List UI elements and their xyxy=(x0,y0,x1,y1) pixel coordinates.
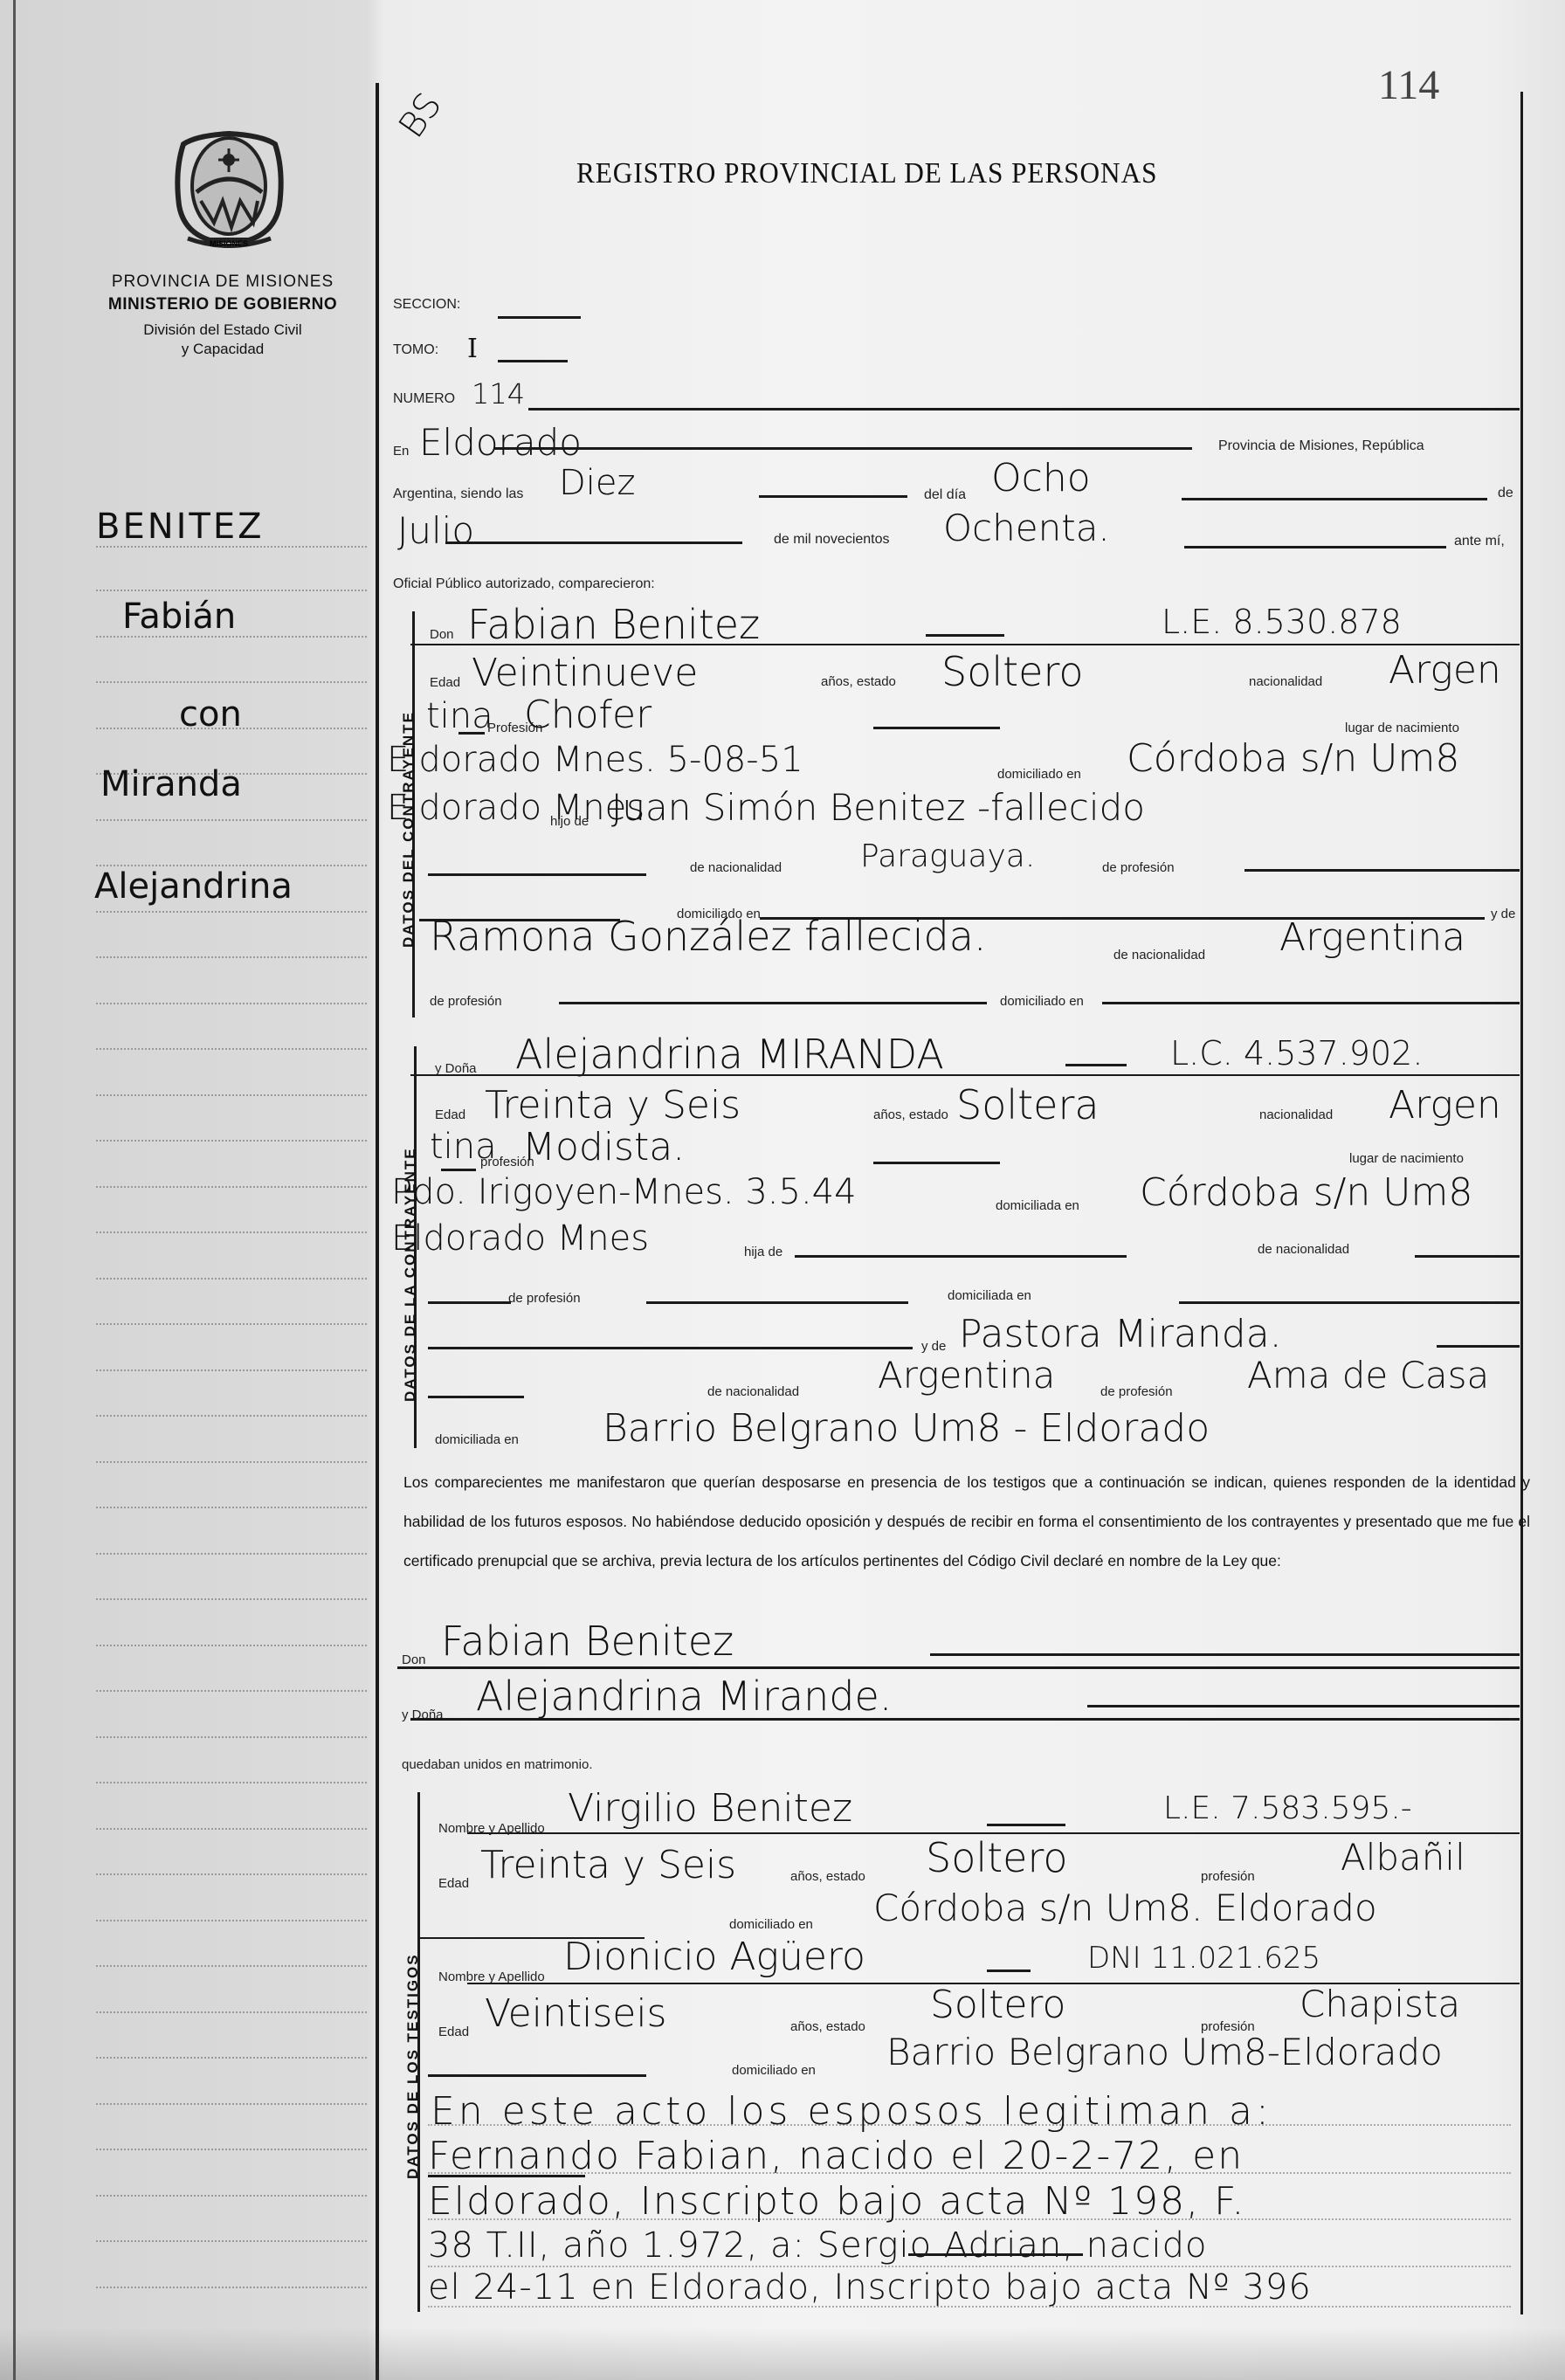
declaration-paragraph: Los comparecientes me manifestaron que q… xyxy=(403,1463,1530,1581)
month-value: Julio xyxy=(397,509,474,552)
mother-nat-label: de nacionalidad xyxy=(1113,948,1205,962)
day-field[interactable] xyxy=(1182,498,1487,500)
province-name: PROVINCIA DE MISIONES xyxy=(83,272,362,292)
bride-hija-de-label: hija de xyxy=(744,1245,782,1259)
ante-mi-label: ante mí, xyxy=(1454,534,1505,549)
hour-value: Diez xyxy=(559,463,636,503)
witness2-edad-label: Edad xyxy=(438,2025,469,2039)
month-field[interactable] xyxy=(445,542,742,544)
bride-age: Treinta y Seis xyxy=(485,1083,741,1128)
bride-domiciliada-label: domiciliada en xyxy=(996,1198,1079,1213)
witness2-profession: Chapista xyxy=(1300,1983,1460,2025)
witness1-address: Córdoba s/n Um8. Eldorado xyxy=(873,1887,1377,1929)
tomo-value: I xyxy=(467,334,478,364)
y-de-label: y de xyxy=(1491,907,1515,921)
bride-civil-status: Soltera xyxy=(956,1081,1100,1128)
witness2-address-prefix[interactable] xyxy=(428,2074,646,2077)
domiciliado-label: domiciliado en xyxy=(997,767,1081,782)
bride-address-1: Córdoba s/n Um8 xyxy=(1140,1170,1472,1215)
bride-anos-estado-label: años, estado xyxy=(873,1107,948,1122)
legitimation-line-3: Eldorado, Inscripto bajo acta Nº 198, F. xyxy=(428,2179,1245,2224)
bride-mother-dom-label: domiciliada en xyxy=(435,1432,519,1447)
del-dia-label: del día xyxy=(924,487,966,503)
witness1-name: Virgilio Benitez xyxy=(568,1786,852,1831)
groom-mother-nationality: Argentina xyxy=(1279,915,1465,960)
folio-number: 114 xyxy=(1378,61,1439,109)
father-name-field[interactable] xyxy=(428,873,646,876)
decl-groom-rule xyxy=(397,1666,1520,1669)
mother-dom-label: domiciliado en xyxy=(1000,994,1084,1009)
form-left-border xyxy=(376,83,379,2380)
margin-con: con xyxy=(179,694,242,735)
document-page: 114 BS MISIONES PROVINCIA DE MISIONES MI… xyxy=(0,0,1565,2380)
don-label: Don xyxy=(430,627,454,642)
witness1-anos-estado-label: años, estado xyxy=(790,1869,865,1884)
decl-bride-name: Alejandrina Mirande. xyxy=(476,1673,892,1720)
oficial-label: Oficial Público autorizado, compareciero… xyxy=(393,576,655,592)
bride-address-2: Eldorado Mnes xyxy=(391,1218,649,1259)
bride-mother: Pastora Miranda. xyxy=(959,1312,1282,1356)
province-text: Provincia de Misiones, República xyxy=(1218,438,1424,454)
decl-closing: quedaban unidos en matrimonio. xyxy=(402,1757,592,1772)
bride-mother-prof-label: de profesión xyxy=(1100,1384,1173,1399)
bride-nationality-1: Argen xyxy=(1389,1083,1501,1128)
bride-mother-trailing-field[interactable] xyxy=(1437,1345,1520,1348)
decl-groom-field[interactable] xyxy=(930,1653,1520,1656)
edad-label: Edad xyxy=(430,675,460,690)
bride-name: Alejandrina MIRANDA xyxy=(515,1031,944,1078)
witness2-domiciliado-label: domiciliado en xyxy=(732,2063,816,2078)
bride-father-prof-label: de profesión xyxy=(508,1291,581,1306)
witness2-age: Veintiseis xyxy=(485,1991,666,2036)
legitimation-line-2: Fernando Fabian, nacido el 20-2-72, en xyxy=(428,2134,1244,2178)
witness2-name: Dionicio Agüero xyxy=(563,1935,865,1979)
tomo-blank-rule[interactable] xyxy=(498,360,568,362)
bride-father-nationality-field[interactable] xyxy=(1415,1255,1520,1258)
bride-lugar-nacimiento-label: lugar de nacimiento xyxy=(1349,1151,1464,1166)
profession-field[interactable] xyxy=(873,727,1000,729)
decl-bride-field[interactable] xyxy=(1087,1705,1520,1707)
bride-father-extra-field[interactable] xyxy=(428,1301,511,1304)
bride-nacionalidad-label: nacionalidad xyxy=(1259,1107,1333,1122)
left-edge-rule xyxy=(13,0,16,2380)
anos-estado-label: años, estado xyxy=(821,674,896,689)
place-value: Eldorado xyxy=(419,421,582,464)
numero-value: 114 xyxy=(472,377,525,410)
bride-mother-nat-prefix[interactable] xyxy=(428,1396,524,1398)
witness2-address: Barrio Belgrano Um8-Eldorado xyxy=(886,2031,1443,2073)
issuing-authority: PROVINCIA DE MISIONES MINISTERIO DE GOBI… xyxy=(83,272,362,358)
bride-name-rule xyxy=(410,1074,1520,1076)
year-field[interactable] xyxy=(1184,546,1446,548)
page-title: REGISTRO PROVINCIAL DE LAS PERSONAS xyxy=(576,157,1157,190)
testigos-section-label: DATOS DE LOS TESTIGOS xyxy=(404,1953,422,2179)
bride-mother-prefix-field[interactable] xyxy=(428,1347,913,1349)
bride-mother-address: Barrio Belgrano Um8 - Eldorado xyxy=(603,1406,1210,1451)
witness1-age: Treinta y Seis xyxy=(480,1843,736,1887)
witness1-civil-status: Soltero xyxy=(926,1834,1068,1881)
seccion-label: SECCION: xyxy=(393,297,460,313)
tomo-label: TOMO: xyxy=(393,342,438,358)
groom-civil-status: Soltero xyxy=(941,648,1084,695)
bride-mother-nat-label: de nacionalidad xyxy=(707,1384,799,1399)
witness1-edad-label: Edad xyxy=(438,1876,469,1891)
legitimated-child-1-underline xyxy=(428,2175,585,2177)
bride-father-address-field[interactable] xyxy=(1179,1301,1520,1304)
decl-bride-rule xyxy=(410,1718,1520,1721)
father-profession-field[interactable] xyxy=(1244,869,1520,872)
seccion-field[interactable] xyxy=(498,316,581,319)
groom-name: Fabian Benitez xyxy=(467,601,760,648)
mil-novecientos-label: de mil novecientos xyxy=(774,532,890,548)
margin-firstname-groom: Fabián xyxy=(122,597,236,637)
mother-prof-label: de profesión xyxy=(430,994,502,1009)
witness2-document: DNI 11.021.625 xyxy=(1087,1941,1320,1976)
margin-firstname-bride: Alejandrina xyxy=(94,866,293,907)
groom-profession: Chofer xyxy=(524,693,652,737)
day-value: Ocho xyxy=(991,456,1091,500)
argentina-siendo-label: Argentina, siendo las xyxy=(393,486,523,502)
scan-shadow xyxy=(0,2328,1565,2380)
nat-gap-rule xyxy=(458,732,485,735)
bride-nat-gap-rule xyxy=(441,1169,476,1171)
witness2-name-field[interactable] xyxy=(987,1970,1031,1972)
lugar-nacimiento-label: lugar de nacimiento xyxy=(1345,721,1459,735)
groom-address-1: Córdoba s/n Um8 xyxy=(1127,736,1459,781)
bride-name-field[interactable] xyxy=(1065,1064,1127,1066)
witness1-profession: Albañil xyxy=(1341,1836,1465,1879)
groom-nationality-1: Argen xyxy=(1389,648,1501,693)
provincial-crest-icon: MISIONES xyxy=(166,118,293,249)
bride-father-field[interactable] xyxy=(795,1255,1127,1258)
father-prof-label: de profesión xyxy=(1102,860,1175,875)
groom-mother: Ramona González fallecida. xyxy=(430,913,987,960)
bride-mother-nationality: Argentina xyxy=(878,1354,1055,1397)
bride-father-profession-field[interactable] xyxy=(646,1301,908,1304)
legitimation-line-4: 38 T.II, año 1.972, a: Sergio Adrian, na… xyxy=(428,2225,1208,2266)
groom-name-field[interactable] xyxy=(926,634,1004,637)
bride-father-dom-label: domiciliada en xyxy=(948,1288,1031,1303)
witness1-profesion-label: profesión xyxy=(1201,1869,1255,1884)
groom-father-nationality: Paraguaya. xyxy=(860,838,1035,874)
bride-document: L.C. 4.537.902. xyxy=(1170,1034,1423,1073)
margin-annotation: BS xyxy=(391,86,450,145)
hour-field[interactable] xyxy=(759,495,907,498)
witness1-name-field[interactable] xyxy=(987,1824,1065,1826)
father-nat-label: de nacionalidad xyxy=(690,860,782,875)
groom-address-2: Eldorado Mnes xyxy=(387,788,645,828)
groom-age: Veintinueve xyxy=(472,651,698,695)
bride-profession: Modista. xyxy=(522,1125,685,1169)
bride-y-de-label: y de xyxy=(921,1339,946,1354)
bride-profession-field[interactable] xyxy=(873,1162,1000,1164)
svg-text:MISIONES: MISIONES xyxy=(210,239,248,248)
groom-mother-profession-field[interactable] xyxy=(559,1002,987,1004)
hijo-de-label: hijo de xyxy=(550,814,589,829)
form-right-border xyxy=(1520,92,1523,2314)
groom-birthplace: Eldorado Mnes. 5-08-51 xyxy=(387,740,803,780)
en-label: En xyxy=(393,444,409,459)
witness1-document: L.E. 7.583.595.- xyxy=(1163,1790,1412,1826)
division-line-2: y Capacidad xyxy=(83,341,362,358)
bride-father-nat-label: de nacionalidad xyxy=(1258,1242,1349,1257)
witness2-civil-status: Soltero xyxy=(930,1983,1065,2027)
decl-groom-name: Fabian Benitez xyxy=(441,1618,734,1665)
place-field[interactable] xyxy=(493,447,1192,450)
legitimation-line-1: En este acto los esposos legitiman a: xyxy=(431,2089,1272,2134)
bride-birthplace: Pdo. Irigoyen-Mnes. 3.5.44 xyxy=(391,1172,857,1212)
nacionalidad-label: nacionalidad xyxy=(1249,674,1322,689)
groom-mother-address-field[interactable] xyxy=(1102,1002,1520,1004)
groom-father: Juan Simón Benitez -fallecido xyxy=(611,786,1145,829)
decl-don-label: Don xyxy=(402,1652,426,1667)
division-line-1: División del Estado Civil xyxy=(83,321,362,339)
groom-document: L.E. 8.530.878 xyxy=(1162,603,1402,641)
groom-name-rule xyxy=(410,644,1520,645)
bride-edad-label: Edad xyxy=(435,1107,465,1122)
bride-mother-profession: Ama de Casa xyxy=(1247,1354,1489,1397)
numero-field[interactable] xyxy=(528,408,1520,410)
witness2-anos-estado-label: años, estado xyxy=(790,2019,865,2034)
margin-surname-groom: BENITEZ xyxy=(96,507,265,547)
witness1-domiciliado-label: domiciliado en xyxy=(729,1917,813,1932)
legitimation-line-5: el 24-11 en Eldorado, Inscripto bajo act… xyxy=(428,2267,1312,2308)
de-label: de xyxy=(1498,486,1513,501)
groom-nationality-2: tina xyxy=(426,696,493,736)
year-value: Ochenta. xyxy=(943,507,1110,549)
margin-surname-bride: Miranda xyxy=(100,764,242,804)
numero-label: NUMERO xyxy=(393,391,455,407)
ministry-name: MINISTERIO DE GOBIERNO xyxy=(83,295,362,314)
legitimated-child-2-underline xyxy=(908,2253,1083,2256)
